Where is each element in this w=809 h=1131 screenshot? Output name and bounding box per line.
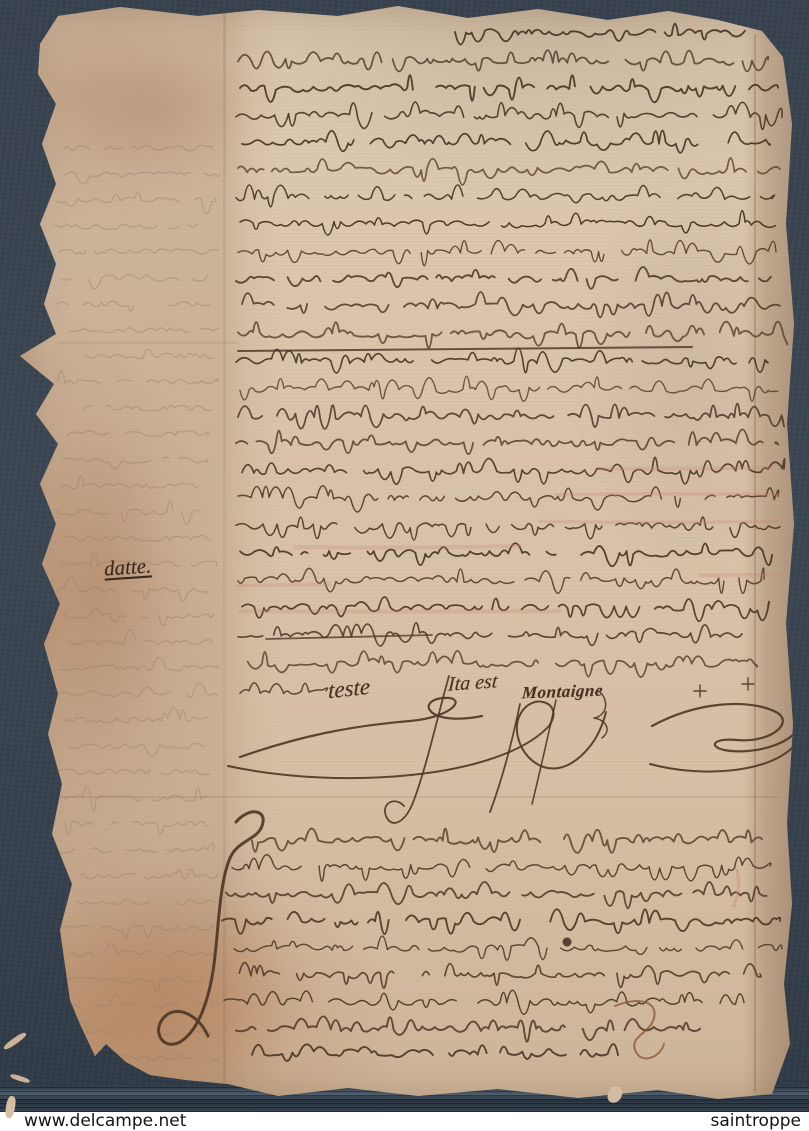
ghost-text-line — [57, 500, 220, 524]
main-text-line — [236, 348, 768, 373]
ghost-text-line — [65, 786, 208, 811]
ghost-text-line — [70, 328, 219, 333]
ghost-text-line — [62, 275, 207, 289]
main-text-line — [242, 131, 770, 153]
manuscript-page: datte. teste Ita est Montaigne — [18, 4, 797, 1102]
ghost-text-line — [56, 301, 209, 311]
photograph: datte. teste Ita est Montaigne www.delca… — [0, 0, 809, 1131]
ghost-text-line — [61, 476, 213, 489]
main-text-line — [238, 240, 776, 266]
ghost-text-line — [83, 405, 211, 410]
main-text-line — [242, 457, 785, 484]
ghost-text-line — [67, 431, 208, 436]
red-chalk-mark — [556, 494, 780, 495]
main-text-line — [238, 623, 742, 646]
bottom-text-line — [224, 990, 744, 1014]
ghost-text-line — [65, 535, 211, 541]
bottom-text-line — [222, 909, 780, 934]
bottom-text-line — [226, 882, 779, 908]
main-text-line — [238, 322, 787, 348]
main-text-line — [236, 517, 780, 540]
ghost-text-line — [59, 843, 214, 853]
ghost-text-line — [69, 743, 216, 756]
main-text-line — [236, 429, 778, 454]
bottom-text-line — [252, 1044, 618, 1061]
ghost-text-line — [56, 900, 214, 905]
watermark-bar: www.delcampe.net saintroppe — [0, 1112, 809, 1131]
ghost-text-line — [59, 769, 208, 775]
ghost-text-line — [69, 629, 212, 644]
main-text-line — [236, 102, 782, 129]
ghost-text-line — [58, 249, 218, 254]
ghost-text-line — [55, 224, 208, 230]
attestation-word-ita-est: Ita est — [447, 670, 498, 697]
main-text-line — [238, 50, 768, 71]
strike-through — [238, 347, 692, 351]
signature-flourish — [650, 747, 793, 772]
red-chalk-mark — [700, 575, 782, 576]
ghost-text-line — [64, 609, 213, 626]
ghost-text-line — [57, 869, 218, 888]
ghost-text-line — [61, 925, 215, 938]
ghost-text-line — [85, 349, 214, 359]
red-chalk-mark — [598, 468, 772, 469]
ghost-text-line — [65, 172, 220, 184]
signature-flourish — [240, 698, 482, 757]
ghost-text-line — [69, 944, 214, 957]
main-text-line — [238, 568, 764, 593]
ghost-text-line — [64, 708, 209, 723]
main-text-line — [455, 24, 745, 45]
bottom-text-line — [236, 1016, 700, 1041]
signature-flourish — [532, 700, 556, 804]
signature-flourish — [652, 704, 795, 751]
red-chalk-mark — [295, 546, 520, 548]
main-text-line — [240, 376, 778, 401]
ghost-text-line — [57, 577, 207, 601]
red-chalk-mark — [238, 584, 330, 585]
main-text-line — [242, 292, 780, 317]
signature-flourish — [742, 678, 754, 690]
main-text-line — [236, 185, 774, 207]
bottom-text-line — [232, 855, 771, 881]
red-chalk-mark — [540, 521, 778, 522]
attestation-word-teste: teste — [328, 674, 370, 705]
main-text-line — [236, 267, 771, 289]
ghost-text-line — [68, 994, 213, 1009]
main-text-line — [240, 211, 785, 236]
signature-montaigne: Montaigne — [521, 681, 603, 704]
bottom-text-line — [239, 963, 761, 988]
main-text-line — [242, 597, 769, 621]
ghost-text-line — [65, 821, 207, 835]
main-text-line — [238, 486, 779, 512]
red-chalk-mark — [734, 870, 738, 906]
ghost-text-line — [66, 977, 211, 993]
signature-flourish — [694, 685, 706, 697]
main-text-line — [238, 404, 784, 429]
ghost-text-line — [56, 192, 216, 214]
main-text-line — [240, 75, 778, 102]
marginal-note-datte: datte. — [103, 553, 152, 581]
ghost-text-line — [62, 658, 218, 671]
main-text-line — [238, 158, 780, 185]
ink-blot — [563, 938, 572, 947]
ghost-text-line — [54, 683, 217, 697]
watermark-delcampe: www.delcampe.net — [24, 1112, 186, 1131]
bottom-text-line — [252, 828, 762, 852]
bottom-text-line — [234, 936, 782, 960]
attestation-line — [240, 683, 327, 694]
main-text-line — [248, 651, 758, 677]
signature-flourish — [228, 702, 606, 778]
watermark-saintroppe: saintroppe — [711, 1112, 802, 1131]
ghost-text-line — [58, 371, 219, 384]
ghost-text-line — [62, 457, 207, 468]
ghost-text-line — [64, 145, 213, 151]
